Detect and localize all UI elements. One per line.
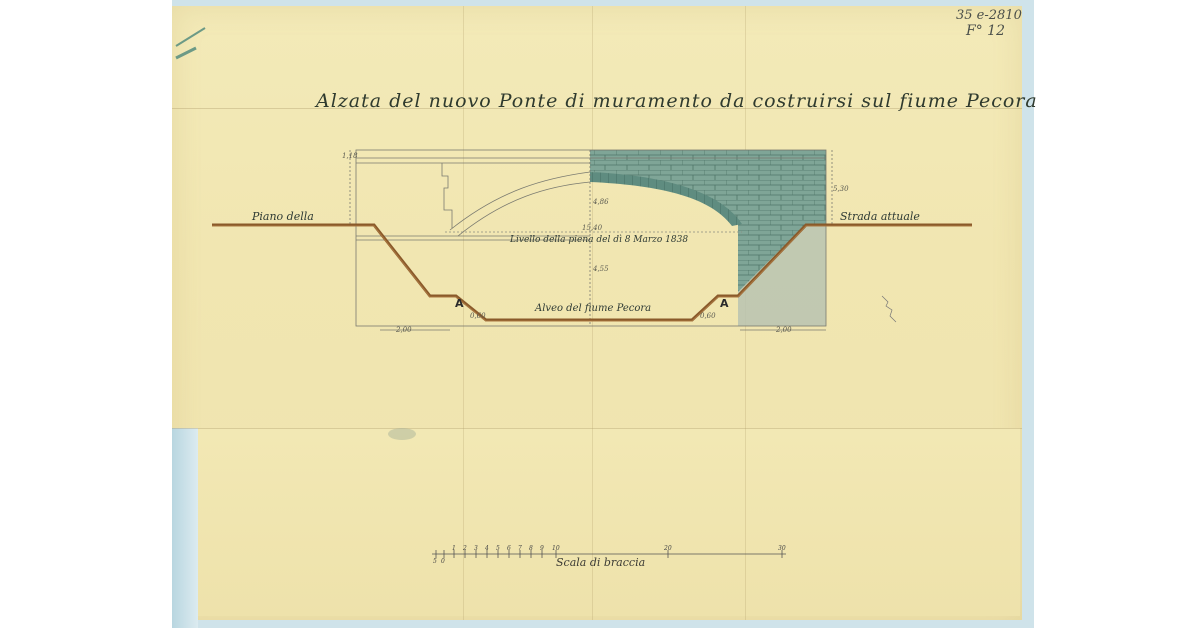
scale-tick-label: 5 [433,558,437,565]
scale-tick-label: 0 [441,558,445,565]
pencil-sketch-mark [882,296,896,322]
ink-mark [176,28,205,46]
scale-tick-label: 9 [540,545,544,552]
ink-mark [176,48,196,58]
left-base-dimension: 2,00 [396,326,412,334]
scale-tick-label: 30 [778,545,786,552]
riverbed-label: Alveo del fiume Pecora [535,303,651,314]
left-height-dimension: 1,18 [342,152,358,160]
scale-tick-label: 20 [664,545,672,552]
center-height-dimension-upper: 4,86 [593,198,609,206]
span-dimension: 15,40 [582,224,602,232]
flood-level-label: Livello della piena del dì 8 Marzo 1838 [510,235,688,245]
right-road-label: Strada attuale [840,210,920,223]
scale-tick-label: 10 [552,545,560,552]
scale-tick-label: 6 [507,545,511,552]
scale-tick-label: 2 [463,545,467,552]
abutment-marker-left: A [455,297,464,310]
scale-bar-label: Scala di braccia [556,556,645,569]
abutment-marker-right: A [720,297,729,310]
scale-tick-label: 7 [518,545,522,552]
left-offset-dimension: 0,60 [470,312,486,320]
right-base-dimension: 2,00 [776,326,792,334]
right-offset-dimension: 0,60 [700,312,716,320]
scale-tick-label: 8 [529,545,533,552]
bridge-elevation-drawing [0,0,1200,628]
scale-tick-label: 1 [452,545,456,552]
right-height-dimension: 5,30 [833,185,849,193]
scale-tick-label: 4 [485,545,489,552]
paper-stain [388,428,416,440]
scale-tick-label: 3 [474,545,478,552]
scale-tick-label: 5 [496,545,500,552]
center-height-dimension-lower: 4,55 [593,265,609,273]
left-road-label: Piano della [252,210,314,223]
